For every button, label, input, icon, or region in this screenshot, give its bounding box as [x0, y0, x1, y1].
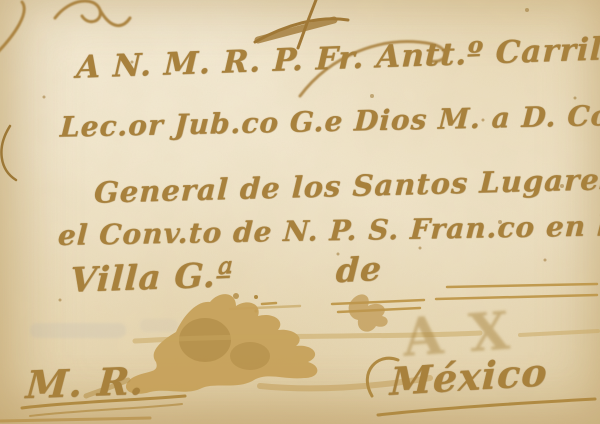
bottom-left-initials: M. R. [24, 358, 145, 407]
margin-flourish [1, 126, 16, 180]
destination-mexico: México [389, 349, 549, 404]
address-line-5: Villa G.ª [69, 255, 235, 301]
address-line-2: Lec.or Jub.co G.e Dios M. a D. Comis.º [59, 97, 600, 143]
address-line-1: A N. M. R. P. Fr. Antt.º Carrillo [76, 30, 600, 86]
et-cetera-mark: de [335, 249, 383, 291]
address-line-3: General de los Santos Lugares. en [93, 160, 600, 209]
filler-dashes [230, 284, 597, 313]
address-line-4: el Conv.to de N. P. S. Fran.co en la [57, 209, 600, 252]
manuscript-page: AX A N. M. R. P. Fr. Antt.º Carrillo Lec… [0, 0, 600, 424]
embossed-mark [30, 319, 178, 338]
